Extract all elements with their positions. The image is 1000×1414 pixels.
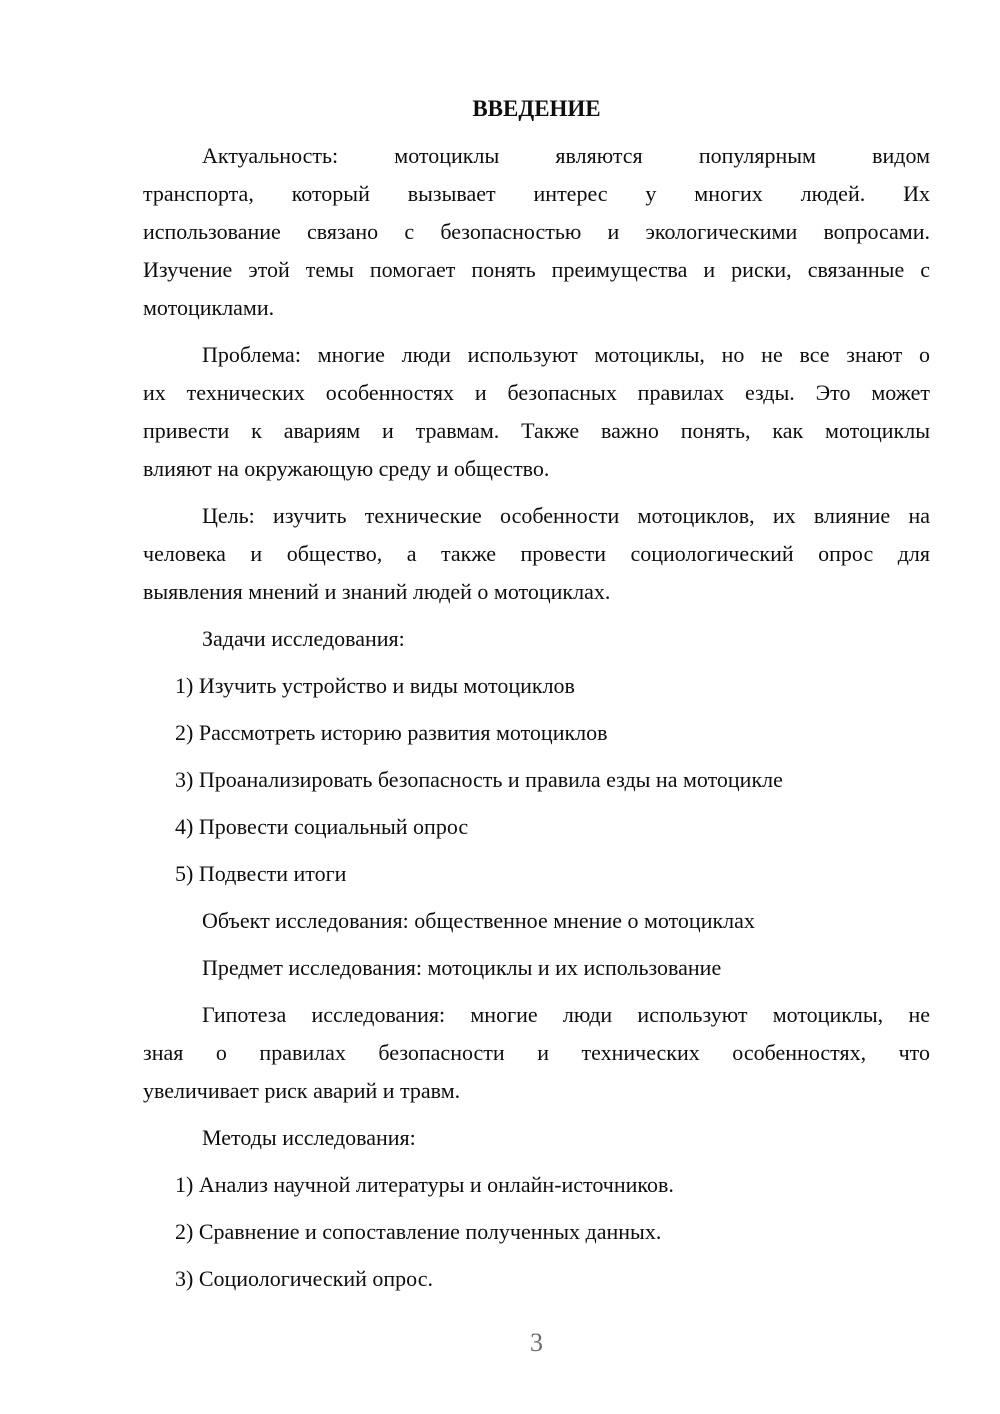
list-item-number: 5) bbox=[175, 861, 193, 886]
paragraph-problema: Проблема: многие люди используют мотоцик… bbox=[143, 336, 930, 488]
object-of-research: Объект исследования: общественное мнение… bbox=[143, 902, 930, 940]
list-item-text: Подвести итоги bbox=[199, 861, 347, 886]
list-item-text: Изучить устройство и виды мотоциклов bbox=[199, 673, 575, 698]
list-item: 3) Социологический опрос. bbox=[175, 1260, 930, 1298]
list-item-number: 1) bbox=[175, 673, 193, 698]
methods-heading: Методы исследования: bbox=[143, 1119, 930, 1157]
list-item-text: Сравнение и сопоставление полученных дан… bbox=[199, 1219, 662, 1244]
list-item-text: Провести социальный опрос bbox=[199, 814, 468, 839]
list-item-text: Рассмотреть историю развития мотоциклов bbox=[199, 720, 608, 745]
list-item: 2) Рассмотреть историю развития мотоцикл… bbox=[175, 714, 930, 752]
list-item-text: Анализ научной литературы и онлайн-источ… bbox=[199, 1172, 674, 1197]
list-item: 3) Проанализировать безопасность и прави… bbox=[175, 761, 930, 799]
list-item: 5) Подвести итоги bbox=[175, 855, 930, 893]
document-page: ВВЕДЕНИЕ Актуальность: мотоциклы являютс… bbox=[0, 0, 1000, 1414]
paragraph-line: их технических особенностях и безопасных… bbox=[143, 374, 930, 412]
paragraph-line: увеличивает риск аварий и травм. bbox=[143, 1072, 930, 1110]
paragraph-line: привести к авариям и травмам. Также важн… bbox=[143, 412, 930, 450]
list-item-number: 2) bbox=[175, 1219, 193, 1244]
paragraph-gipoteza: Гипотеза исследования: многие люди испол… bbox=[143, 996, 930, 1110]
paragraph-line: человека и общество, а также провести со… bbox=[143, 535, 930, 573]
methods-list: 1) Анализ научной литературы и онлайн-ис… bbox=[143, 1166, 930, 1298]
list-item-number: 4) bbox=[175, 814, 193, 839]
paragraph-line: Проблема: многие люди используют мотоцик… bbox=[143, 336, 930, 374]
tasks-list: 1) Изучить устройство и виды мотоциклов … bbox=[143, 667, 930, 893]
list-item: 2) Сравнение и сопоставление полученных … bbox=[175, 1213, 930, 1251]
list-item-number: 3) bbox=[175, 767, 193, 792]
paragraph-line: Актуальность: мотоциклы являются популяр… bbox=[143, 137, 930, 175]
paragraph-line: влияют на окружающую среду и общество. bbox=[143, 450, 930, 488]
paragraph-line: мотоциклами. bbox=[143, 289, 930, 327]
paragraph-aktualnost: Актуальность: мотоциклы являются популяр… bbox=[143, 137, 930, 327]
list-item-text: Проанализировать безопасность и правила … bbox=[199, 767, 783, 792]
page-title: ВВЕДЕНИЕ bbox=[143, 90, 930, 128]
list-item-number: 3) bbox=[175, 1266, 193, 1291]
paragraph-line: использование связано с безопасностью и … bbox=[143, 213, 930, 251]
list-item: 1) Изучить устройство и виды мотоциклов bbox=[175, 667, 930, 705]
list-item: 1) Анализ научной литературы и онлайн-ис… bbox=[175, 1166, 930, 1204]
list-item-number: 2) bbox=[175, 720, 193, 745]
list-item-number: 1) bbox=[175, 1172, 193, 1197]
list-item-text: Социологический опрос. bbox=[199, 1266, 433, 1291]
paragraph-line: транспорта, который вызывает интерес у м… bbox=[143, 175, 930, 213]
tasks-heading: Задачи исследования: bbox=[143, 620, 930, 658]
list-item: 4) Провести социальный опрос bbox=[175, 808, 930, 846]
paragraph-line: зная о правилах безопасности и техническ… bbox=[143, 1034, 930, 1072]
paragraph-tsel: Цель: изучить технические особенности мо… bbox=[143, 497, 930, 611]
subject-of-research: Предмет исследования: мотоциклы и их исп… bbox=[143, 949, 930, 987]
paragraph-line: Гипотеза исследования: многие люди испол… bbox=[143, 996, 930, 1034]
page-number: 3 bbox=[143, 1324, 930, 1362]
page-content: ВВЕДЕНИЕ Актуальность: мотоциклы являютс… bbox=[143, 90, 930, 1307]
paragraph-line: Изучение этой темы помогает понять преим… bbox=[143, 251, 930, 289]
paragraph-line: Цель: изучить технические особенности мо… bbox=[143, 497, 930, 535]
paragraph-line: выявления мнений и знаний людей о мотоци… bbox=[143, 573, 930, 611]
